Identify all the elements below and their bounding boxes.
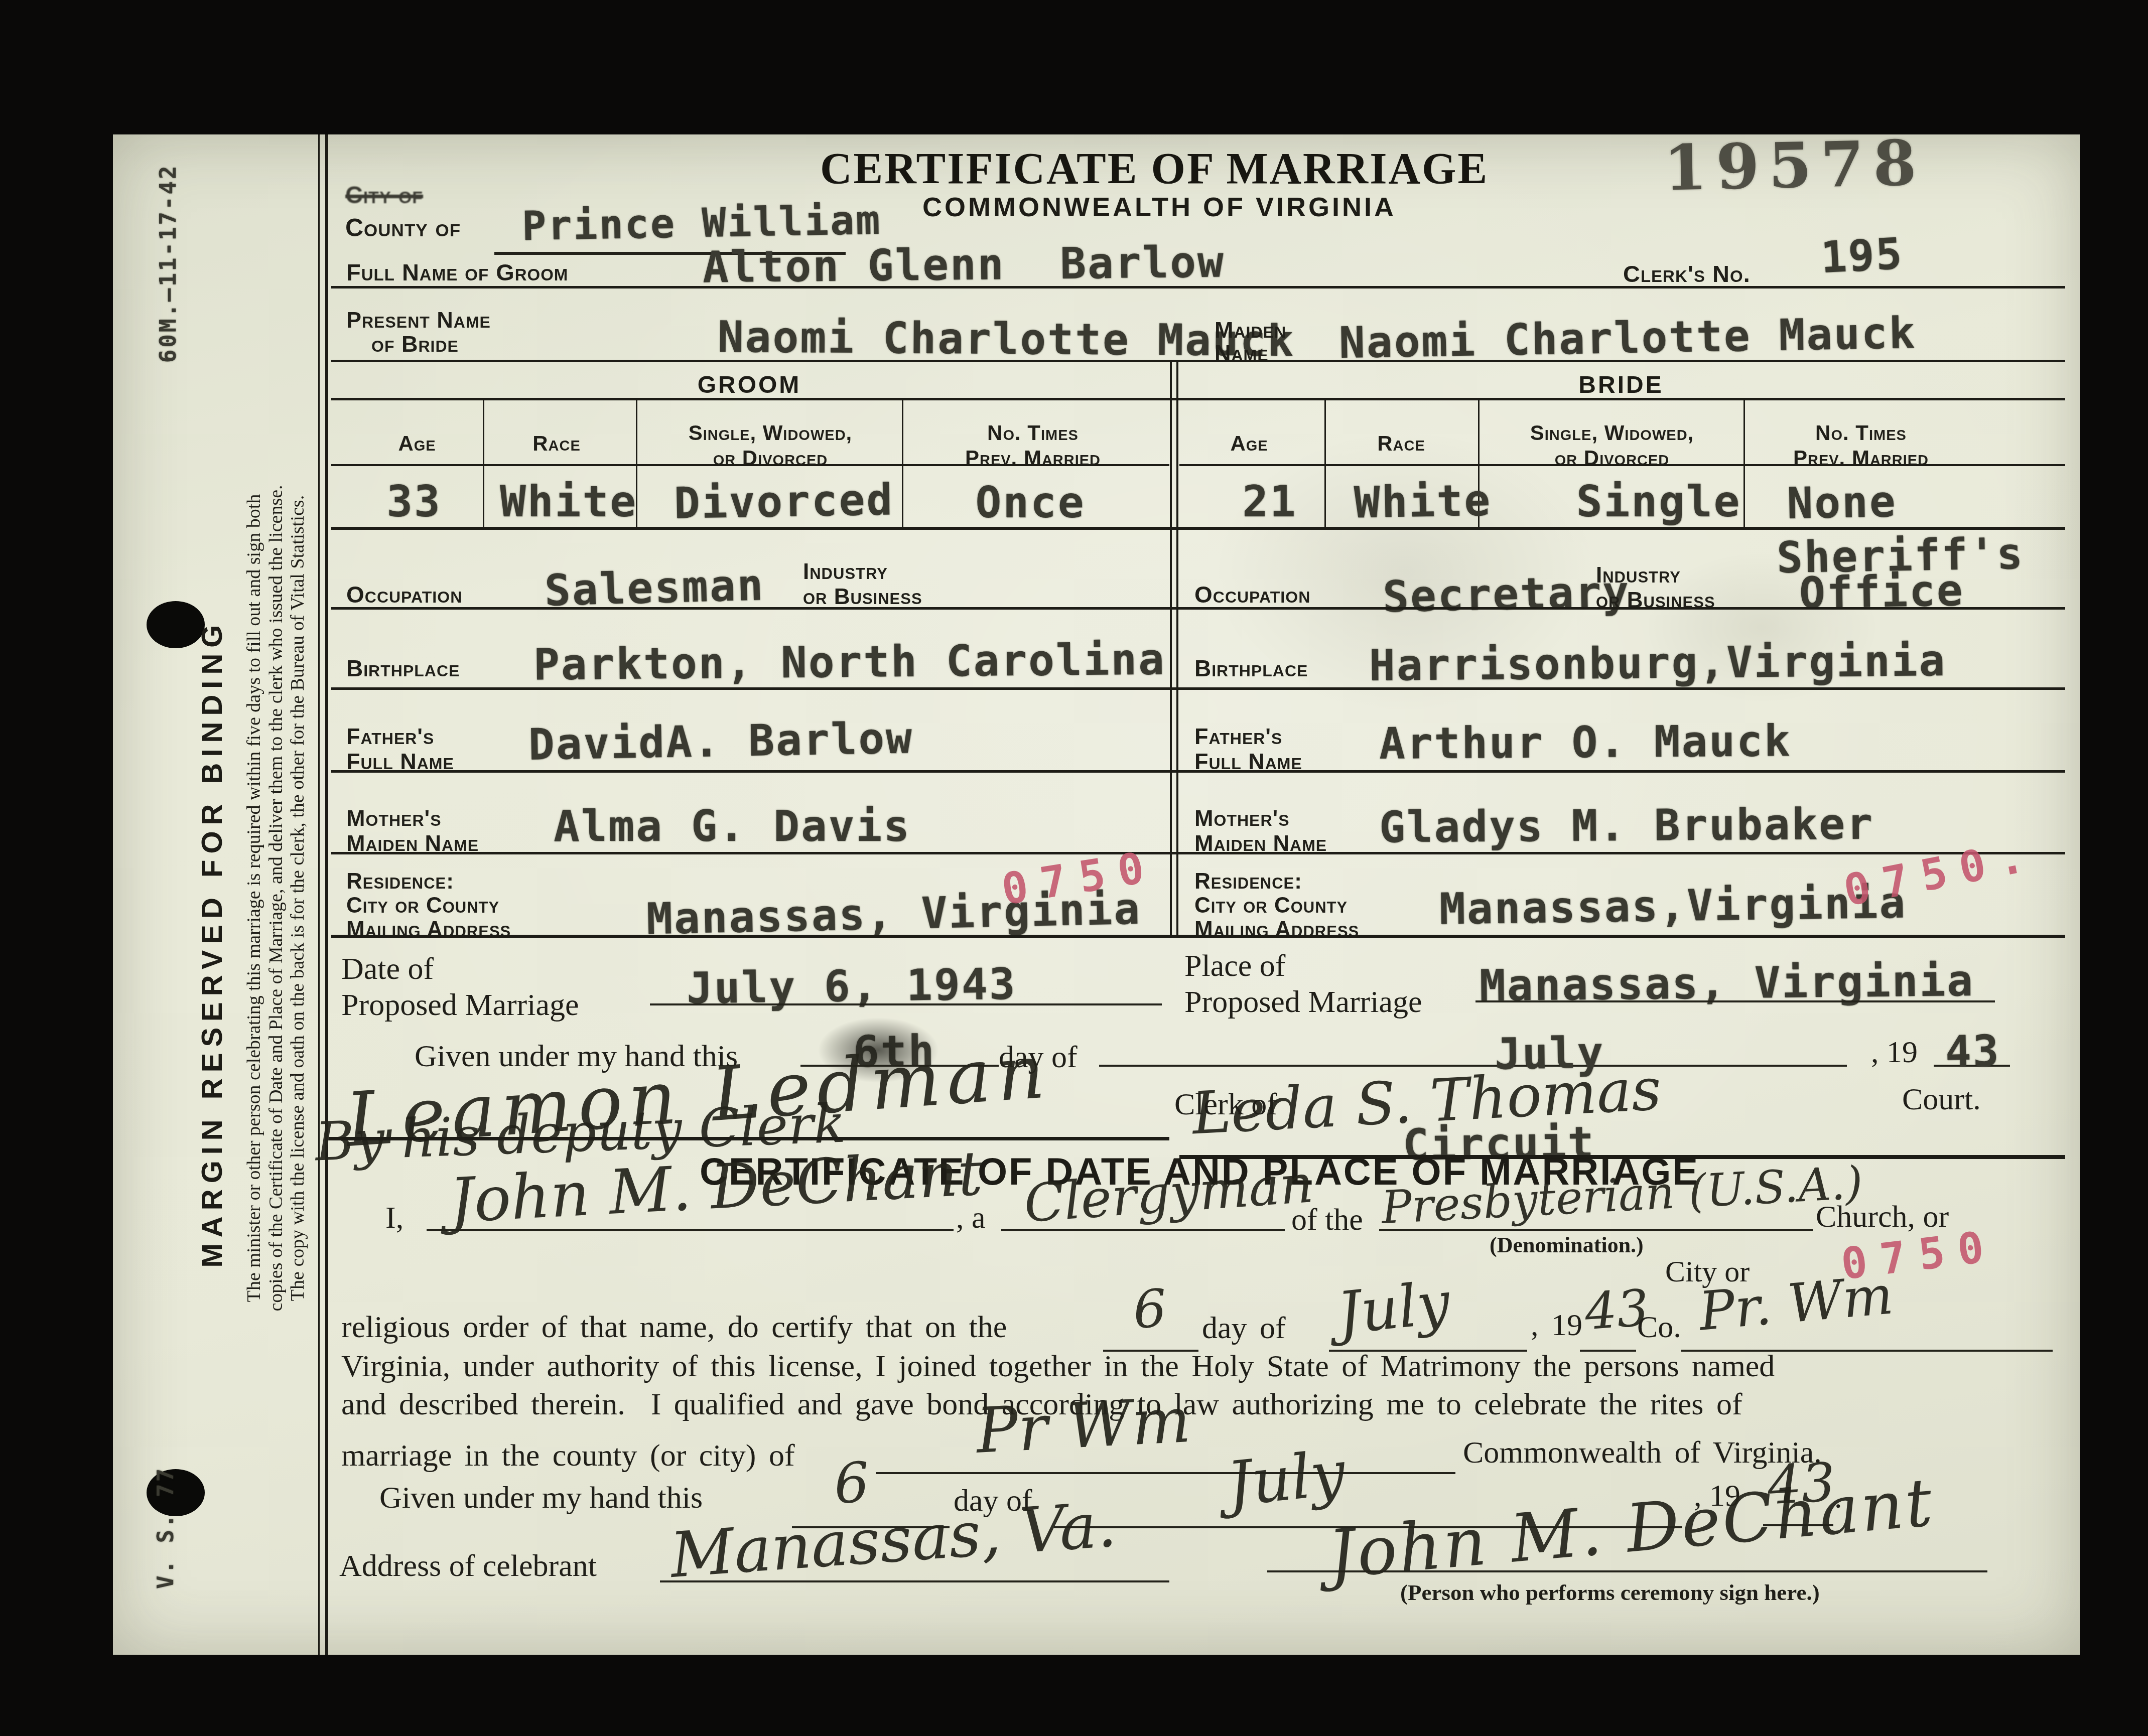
groom-residence-label-3: Mailing Address — [346, 917, 511, 942]
groom-name-label: Full Name of Groom — [346, 258, 568, 286]
line4-county-handwritten: Pr Wm — [975, 1384, 1192, 1468]
groom-birthplace-value: Parkton, North Carolina — [533, 635, 1166, 690]
center-divider-right — [1176, 360, 1178, 935]
rule-birthplace-bottom — [331, 687, 2065, 690]
margin-note-line-1: The minister or other person celebrating… — [243, 494, 265, 1302]
groom-mother-label-1: Mother's — [346, 805, 442, 831]
rule-residence-bottom — [331, 935, 2065, 938]
bride-race-value: White — [1354, 476, 1492, 528]
bride-residence-label-1: Residence: — [1194, 869, 1302, 894]
groom-race-header: Race — [532, 431, 581, 456]
bride-industry-label-1: Industry — [1596, 563, 1681, 588]
line1-year-prefix: , 19 — [1531, 1308, 1582, 1343]
center-divider-left — [1170, 360, 1172, 935]
groom-mother-value: Alma G. Davis — [554, 801, 911, 851]
line1-co-label: Co. — [1637, 1310, 1681, 1345]
clerk-year-prefix: , 19 — [1871, 1035, 1918, 1070]
cert2-line2-text: Virginia, under authority of this licens… — [341, 1349, 1775, 1384]
margin-note-line-3: The copy with the license and oath on th… — [287, 495, 309, 1301]
bride-father-label-1: Father's — [1194, 724, 1282, 750]
rule-band-bottom — [331, 398, 2065, 400]
table-divider — [1743, 398, 1745, 527]
bride-father-value: Arthur O. Mauck — [1379, 716, 1792, 769]
date-proposed-label-1: Date of — [341, 951, 434, 987]
address-underline — [660, 1580, 1169, 1582]
county-of-label: County of — [345, 213, 461, 242]
groom-father-value: DavidA. Barlow — [528, 713, 914, 770]
rule-table-header-left — [331, 464, 1169, 466]
line1-day-of-text: day of — [1202, 1311, 1286, 1346]
bride-age-value: 21 — [1242, 477, 1297, 527]
clerk-court-label: Court. — [1902, 1082, 1981, 1117]
groom-father-label-1: Father's — [346, 724, 434, 750]
groom-industry-label-2: or Business — [803, 585, 922, 610]
margin-rule-thin — [318, 134, 320, 1655]
cert2-of-the-label: of the — [1291, 1202, 1363, 1238]
rule-table-bottom — [331, 527, 2065, 530]
margin-rule-thick — [325, 134, 328, 1655]
groom-industry-label-1: Industry — [803, 559, 888, 585]
bride-mother-label-1: Mother's — [1194, 805, 1290, 831]
city-of-label-struck: City of — [345, 182, 423, 209]
present-name-label-2: of Bride — [371, 331, 459, 357]
bride-occupation-label: Occupation — [1194, 581, 1310, 608]
groom-residence-label-2: City or County — [346, 893, 499, 918]
serial-number-stamp: 19578 — [1663, 127, 1926, 205]
clerk-of-label: Clerk of — [1174, 1087, 1277, 1122]
margin-vs-code: V. S. 77 — [153, 1467, 179, 1589]
rule-occupation-bottom — [331, 607, 2065, 610]
date-proposed-label-2: Proposed Marriage — [341, 987, 579, 1023]
bride-mother-value: Gladys M. Brubaker — [1379, 799, 1874, 853]
clerk-year-value: 43 — [1945, 1026, 2000, 1077]
groom-name-value: Alton Glenn Barlow — [703, 237, 1226, 293]
groom-birthplace-label: Birthplace — [346, 655, 460, 682]
line1-day-handwritten: 6 — [1132, 1277, 1168, 1340]
scanned-marriage-certificate: 60M.—11-17-42 MARGIN RESERVED FOR BINDIN… — [0, 0, 2148, 1736]
bride-birthplace-label: Birthplace — [1194, 655, 1308, 682]
cert2-given-text: Given under my hand this — [379, 1480, 703, 1516]
bride-race-header: Race — [1377, 431, 1425, 456]
groom-times-header: No. TimesPrev. Married — [965, 420, 1101, 470]
rule-table-header-right — [1179, 464, 2065, 466]
date-proposed-underline — [650, 1003, 1162, 1005]
maiden-name-label-2: Name — [1215, 340, 1269, 366]
cert2-i-label: I, — [385, 1200, 404, 1236]
place-proposed-value: Manassas, Virginia — [1480, 956, 1975, 1011]
bride-status-value: Single — [1576, 477, 1741, 527]
rule-under-groom-name — [331, 286, 2065, 288]
sign-here-caption: (Person who performs ceremony sign here.… — [1400, 1579, 1820, 1606]
margin-binding-note: MARGIN RESERVED FOR BINDING — [195, 619, 229, 1268]
groom-status-value: Divorced — [674, 475, 894, 529]
place-proposed-label-2: Proposed Marriage — [1184, 984, 1422, 1020]
clerks-no-label: Clerk's No. — [1623, 260, 1751, 287]
cert2-line4-text: marriage in the county (or city) of — [341, 1438, 795, 1474]
bride-status-header: Single, Widowed,or Divorced — [1530, 420, 1694, 470]
line1-month-handwritten: July — [1334, 1269, 1453, 1348]
present-name-label-1: Present Name — [346, 307, 491, 333]
bride-times-header: No. TimesPrev. Married — [1793, 420, 1929, 470]
address-label: Address of celebrant — [339, 1548, 597, 1584]
groom-age-header: Age — [398, 431, 436, 456]
groom-occupation-label: Occupation — [346, 581, 462, 608]
bride-section-header: BRIDE — [1578, 371, 1663, 399]
bride-birthplace-value: Harrisonburg,Virginia — [1369, 636, 1947, 691]
rule-father-bottom — [331, 770, 2065, 773]
margin-form-code: 60M.—11-17-42 — [156, 164, 181, 363]
maiden-name-label-1: Maiden — [1215, 317, 1286, 343]
bride-industry-value-2: Office — [1799, 565, 1964, 619]
certificate-subtitle: COMMONWEALTH OF VIRGINIA — [922, 192, 1396, 223]
clerks-no-value: 195 — [1819, 229, 1904, 283]
date-proposed-value: July 6, 1943 — [686, 959, 1017, 1014]
table-divider — [483, 398, 484, 527]
groom-residence-label-1: Residence: — [346, 869, 454, 894]
groom-status-header: Single, Widowed,or Divorced — [689, 420, 853, 470]
cert2-line1-text: religious order of that name, do certify… — [341, 1310, 1007, 1345]
bride-times-value: None — [1787, 477, 1898, 529]
denomination-caption: (Denomination.) — [1490, 1232, 1644, 1258]
bride-occupation-value: Secretary — [1382, 567, 1631, 622]
margin-note-line-2: copies of the Certificate of Date and Pl… — [265, 485, 287, 1311]
table-divider — [902, 398, 903, 527]
signature-underline — [1267, 1570, 1987, 1572]
groom-age-value: 33 — [386, 477, 442, 527]
bride-residence-label-2: City or County — [1194, 893, 1348, 918]
rule-mother-bottom — [331, 852, 2065, 854]
cert2-month-handwritten: July — [1224, 1437, 1349, 1520]
place-proposed-label-1: Place of — [1184, 948, 1285, 984]
rule-under-bride-name — [331, 360, 2065, 362]
line4-underline — [876, 1472, 1455, 1474]
bride-residence-label-3: Mailing Address — [1194, 917, 1359, 942]
cert2-a-label: , a — [956, 1200, 986, 1236]
groom-section-header: GROOM — [698, 371, 801, 399]
table-divider — [1324, 398, 1326, 527]
groom-times-value: Once — [975, 478, 1085, 528]
certificate-title: CERTIFICATE OF MARRIAGE — [820, 143, 1489, 194]
bride-residence-value: Manassas,Virginia — [1439, 878, 1907, 935]
present-name-value: Naomi Charlotte Mauck — [718, 312, 1295, 366]
bride-age-header: Age — [1230, 431, 1268, 456]
rule-clerk-left — [329, 1137, 1169, 1140]
place-proposed-underline — [1475, 1000, 1995, 1002]
groom-race-value: White — [500, 477, 637, 527]
